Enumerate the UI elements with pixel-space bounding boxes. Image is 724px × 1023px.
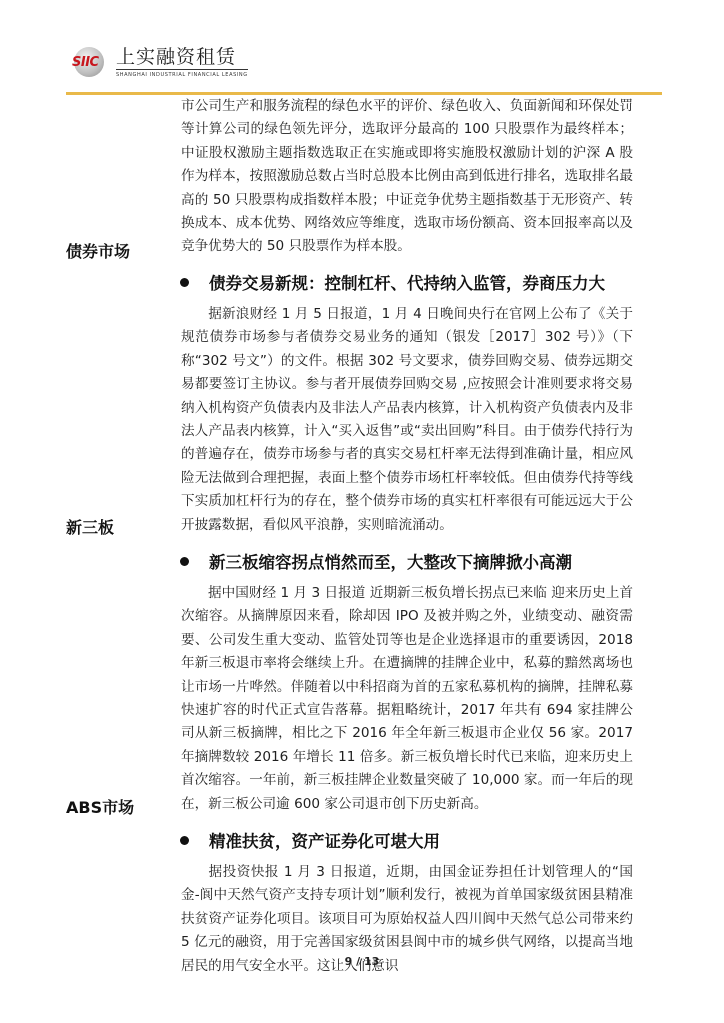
company-name-cn: 上实融资租赁: [116, 46, 248, 70]
article-title-text: 债券交易新规：控制杠杆、代持纳入监管，券商压力大: [209, 270, 605, 294]
siic-logo-icon: SIIC: [66, 47, 112, 77]
article-title-text: 新三板缩容拐点悄然而至，大整改下摘牌掀小高潮: [209, 549, 572, 573]
intro-paragraph: 市公司生产和服务流程的绿色水平的评价、绿色收入、负面新闻和环保处罚等计算公司的绿…: [181, 95, 633, 259]
section-heading-neeq: 新三板: [66, 515, 114, 538]
bullet-icon: [180, 278, 189, 287]
article-body-bond: 据新浪财经 1 月 5 日报道，1 月 4 日晚间央行在官网上公布了《关于规范债…: [181, 303, 633, 537]
company-logo-text: 上实融资租赁 SHANGHAI INDUSTRIAL FINANCIAL LEA…: [116, 46, 248, 79]
page-indicator: 9 / 13: [0, 955, 724, 968]
article-title-neeq: 新三板缩容拐点悄然而至，大整改下摘牌掀小高潮: [180, 549, 572, 573]
section-heading-bond-market: 债券市场: [66, 239, 130, 262]
bullet-icon: [180, 836, 189, 845]
bullet-icon: [180, 557, 189, 566]
article-body-text: 据中国财经 1 月 3 日报道 近期新三板负增长拐点已来临 迎来历史上首次缩容。…: [181, 585, 633, 812]
document-header: SIIC 上实融资租赁 SHANGHAI INDUSTRIAL FINANCIA…: [66, 44, 248, 80]
article-body-text: 据新浪财经 1 月 5 日报道，1 月 4 日晚间央行在官网上公布了《关于规范债…: [181, 306, 633, 533]
logo-mark-text: SIIC: [72, 55, 99, 70]
article-title-abs: 精准扶贫，资产证券化可堪大用: [180, 828, 440, 852]
section-heading-abs-market: ABS市场: [66, 795, 134, 818]
article-title-text: 精准扶贫，资产证券化可堪大用: [209, 828, 440, 852]
company-name-en: SHANGHAI INDUSTRIAL FINANCIAL LEASING: [116, 71, 248, 79]
article-body-neeq: 据中国财经 1 月 3 日报道 近期新三板负增长拐点已来临 迎来历史上首次缩容。…: [181, 582, 633, 816]
article-title-bond: 债券交易新规：控制杠杆、代持纳入监管，券商压力大: [180, 270, 605, 294]
